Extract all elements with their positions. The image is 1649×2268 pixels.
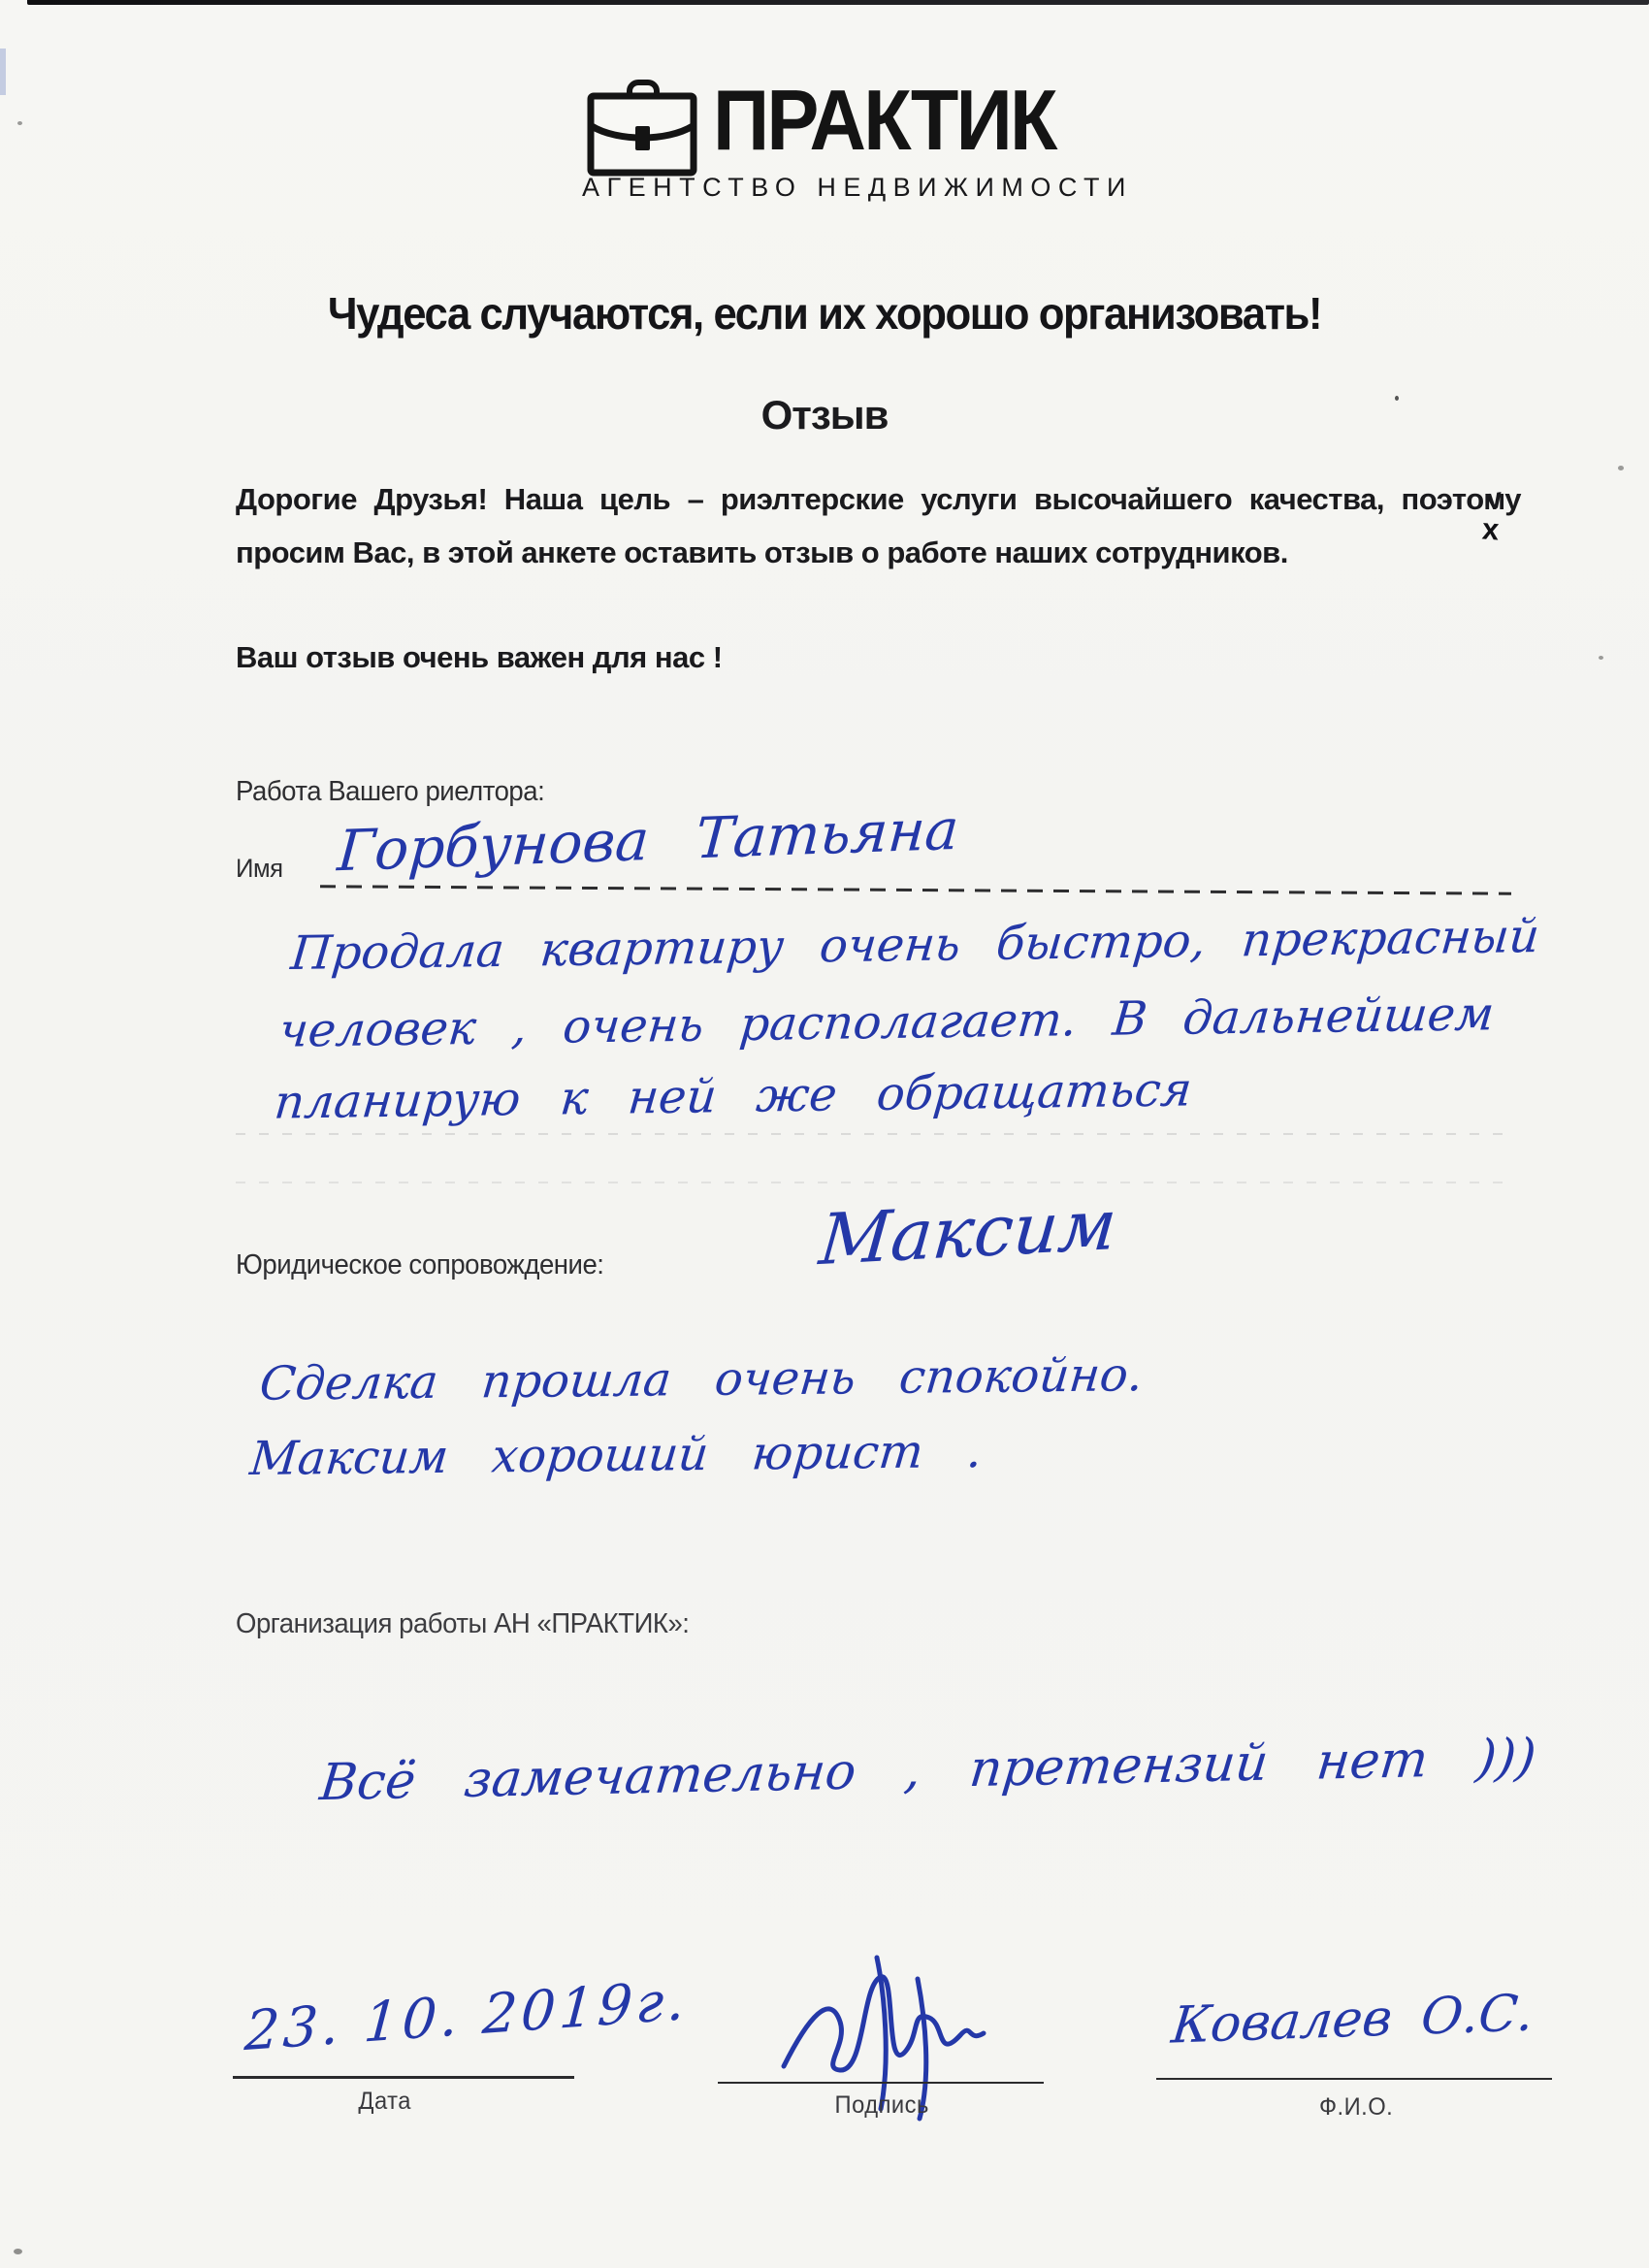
handwritten-realtor-name: Горбунова Татьяна bbox=[336, 796, 961, 885]
scan-artifact-top-edge bbox=[27, 0, 1649, 5]
fio-value: Ковалев О.С. bbox=[1169, 1984, 1536, 2055]
legal-review-line-1: Сделка прошла очень спокойно. bbox=[257, 1347, 1145, 1411]
scan-speck-1 bbox=[17, 121, 22, 125]
organization-section-label: Организация работы АН «ПРАКТИК»: bbox=[236, 1608, 690, 1640]
intro-note: Ваш отзыв очень важен для нас ! bbox=[236, 640, 723, 675]
fio-line bbox=[1156, 2078, 1552, 2080]
scanned-feedback-form: v x ПРАКТИК АГЕНТСТВО НЕДВИЖИМОСТИ Чудес… bbox=[0, 0, 1649, 2268]
brand-tagline: АГЕНТСТВО НЕДВИЖИМОСТИ bbox=[582, 173, 1133, 203]
date-value: 23. 10. 2019г. bbox=[242, 1969, 691, 2063]
briefcase-icon bbox=[586, 80, 700, 177]
realtor-review-line-3: планирую к ней же обращаться bbox=[272, 1062, 1194, 1129]
name-field-line bbox=[320, 885, 1511, 895]
scan-speck-2 bbox=[1618, 466, 1624, 470]
realtor-review-line-2: человек , очень располагает. В дальнейше… bbox=[277, 987, 1497, 1058]
headline: Чудеса случаются, если их хорошо организ… bbox=[42, 287, 1608, 340]
scan-artifact-left-edge bbox=[0, 49, 6, 95]
signature-line bbox=[718, 2082, 1044, 2084]
scan-speck-3 bbox=[1599, 656, 1603, 660]
answer-line-faint-2 bbox=[236, 1182, 1508, 1183]
answer-line-faint-1 bbox=[236, 1133, 1508, 1135]
organization-review-line-1: Всё замечательно , претензий нет ))) bbox=[317, 1729, 1538, 1812]
form-title: Отзыв bbox=[0, 392, 1649, 438]
scan-speck-4 bbox=[14, 2249, 22, 2254]
realtor-review-line-1: Продала квартиру очень быстро, прекрасны… bbox=[289, 909, 1542, 981]
signature-label: Подпись bbox=[835, 2091, 929, 2120]
legal-section-label: Юридическое сопровождение: bbox=[236, 1249, 603, 1281]
handwritten-lawyer-name: Максим bbox=[817, 1183, 1120, 1281]
realtor-section-label: Работа Вашего риелтора: bbox=[236, 776, 544, 808]
legal-review-line-2: Максим хороший юрист . bbox=[247, 1424, 985, 1486]
intro-paragraph: Дорогие Друзья! Наша цель – риэлтерские … bbox=[236, 472, 1521, 579]
name-field-label: Имя bbox=[236, 854, 283, 884]
date-label: Дата bbox=[358, 2088, 410, 2116]
fio-label: Ф.И.О. bbox=[1319, 2093, 1393, 2122]
brand-name: ПРАКТИК bbox=[713, 78, 1055, 163]
date-line bbox=[233, 2076, 574, 2079]
